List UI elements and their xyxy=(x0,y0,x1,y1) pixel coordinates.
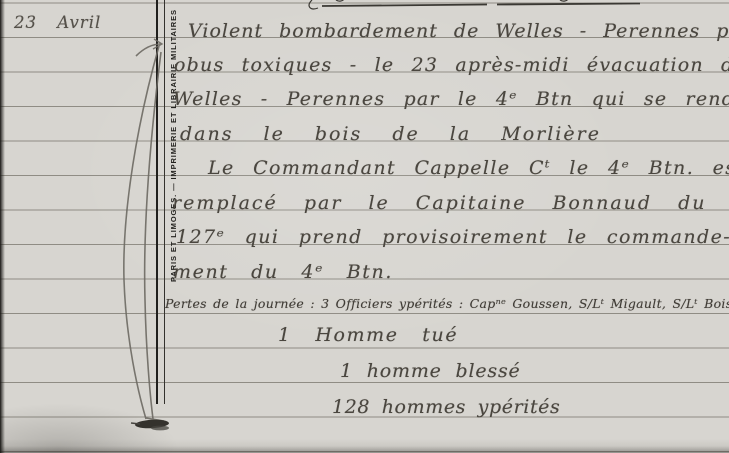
entry-line-1: Violent bombardement de Welles - Perenne… xyxy=(188,20,729,42)
entry-line-killed: 1 Homme tué xyxy=(278,324,458,346)
entry-line-gassed: 128 hommes ypérités xyxy=(332,396,560,418)
scan-edge-bottom xyxy=(0,446,729,453)
entry-line-losses: Pertes de la journée : 3 Officiers ypéri… xyxy=(165,296,729,311)
entry-line-8: ment du 4ᵉ Btn. xyxy=(173,261,393,283)
entry-line-4: dans le bois de la Morlière xyxy=(180,123,601,145)
scan-edge-left xyxy=(0,0,5,453)
entry-line-2: obus toxiques - le 23 après-midi évacuat… xyxy=(174,54,729,76)
ink-blot xyxy=(131,419,169,430)
entry-line-wounded: 1 homme blessé xyxy=(340,360,521,382)
entry-line-3: Welles - Perennes par le 4ᵉ Btn qui se r… xyxy=(173,88,729,110)
margin-date-label: 23 Avril xyxy=(14,13,101,32)
entry-line-6: remplacé par le Capitaine Bonnaud du xyxy=(172,192,707,214)
cutoff-line-fragment xyxy=(309,0,640,9)
journal-page: 23 Avril PARIS ET LIMOGES. — IMPRIMERIE … xyxy=(0,0,729,453)
entry-line-7: 127ᵉ qui prend provisoirement le command… xyxy=(176,226,729,248)
entry-line-5: Le Commandant Cappelle Cᵗ le 4ᵉ Btn. est xyxy=(208,157,729,179)
printer-imprint: PARIS ET LIMOGES. — IMPRIMERIE ET LIBRAI… xyxy=(167,0,181,304)
margin-vertical-rule xyxy=(156,0,165,404)
